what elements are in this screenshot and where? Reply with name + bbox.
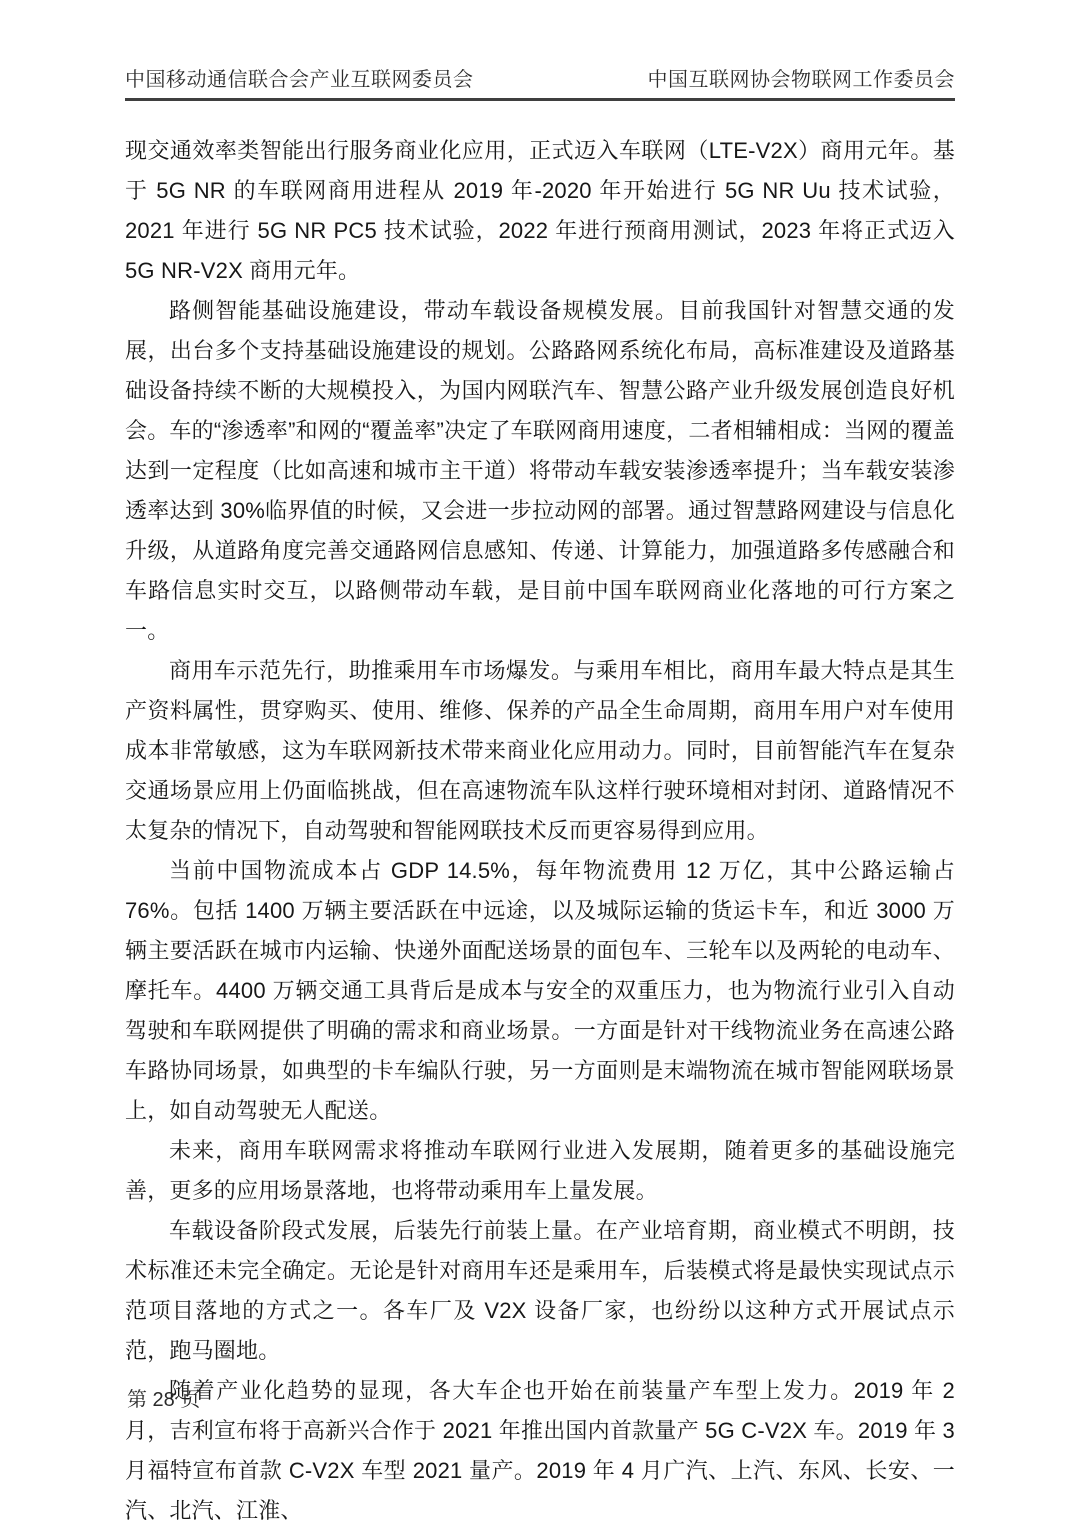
header-left-org: 中国移动通信联合会产业互联网委员会 bbox=[125, 63, 474, 92]
document-page: 中国移动通信联合会产业互联网委员会 中国互联网协会物联网工作委员会 现交通效率类… bbox=[0, 0, 1080, 1527]
paragraph-7: 随着产业化趋势的显现，各大车企也开始在前装量产车型上发力。2019 年 2 月，… bbox=[125, 1371, 955, 1527]
paragraph-5: 未来，商用车联网需求将推动车联网行业进入发展期，随着更多的基础设施完善，更多的应… bbox=[125, 1131, 955, 1211]
page-number: 第 28 页 bbox=[127, 1383, 200, 1412]
header-right-org: 中国互联网协会物联网工作委员会 bbox=[648, 63, 956, 92]
paragraph-2: 路侧智能基础设施建设，带动车载设备规模发展。目前我国针对智慧交通的发展，出台多个… bbox=[125, 291, 955, 651]
page-header: 中国移动通信联合会产业互联网委员会 中国互联网协会物联网工作委员会 bbox=[125, 64, 955, 101]
paragraph-6: 车载设备阶段式发展，后装先行前装上量。在产业培育期，商业模式不明朗，技术标准还未… bbox=[125, 1211, 955, 1371]
document-body: 现交通效率类智能出行服务商业化应用，正式迈入车联网（LTE-V2X）商用元年。基… bbox=[125, 131, 955, 1527]
paragraph-1: 现交通效率类智能出行服务商业化应用，正式迈入车联网（LTE-V2X）商用元年。基… bbox=[125, 131, 955, 291]
paragraph-4: 当前中国物流成本占 GDP 14.5%，每年物流费用 12 万亿，其中公路运输占… bbox=[125, 851, 955, 1131]
paragraph-3: 商用车示范先行，助推乘用车市场爆发。与乘用车相比，商用车最大特点是其生产资料属性… bbox=[125, 651, 955, 851]
